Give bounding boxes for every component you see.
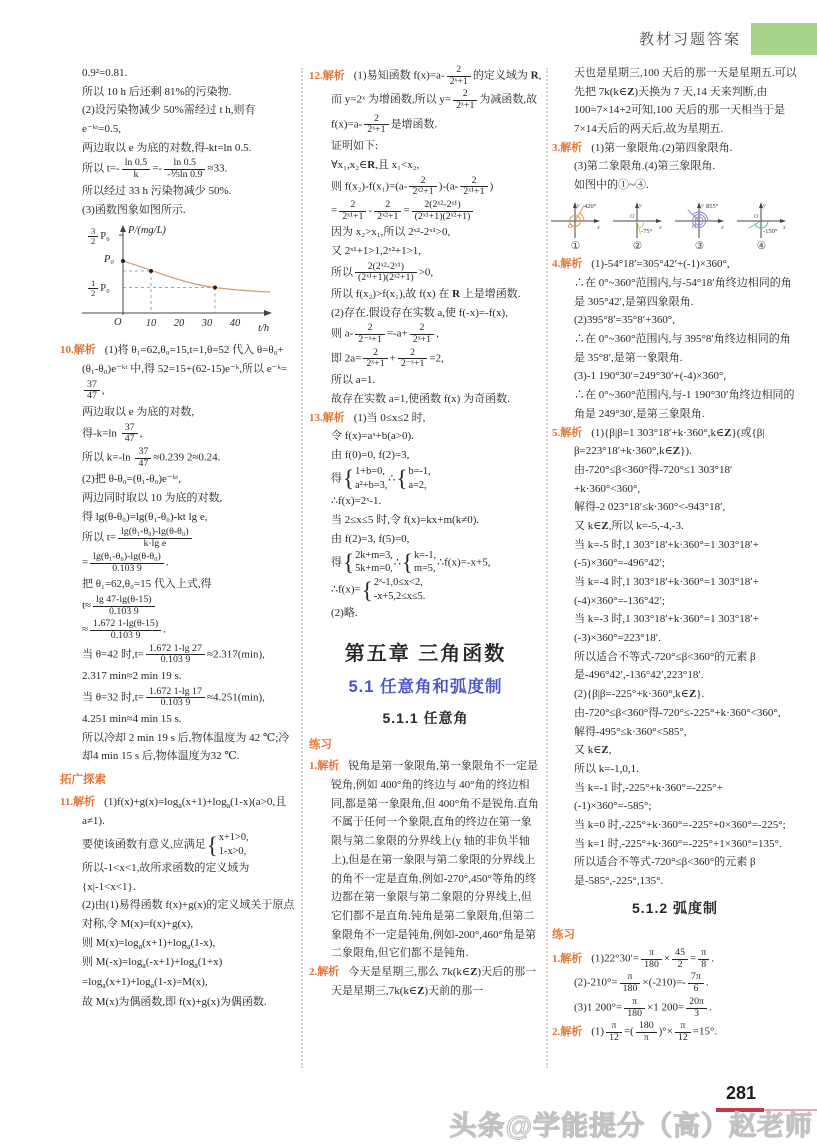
text-line: 当 k=-5 时,1 303°18′+k·360°=1 303°18′+(-5)… (574, 536, 798, 573)
text-line: (3)1 200°=π180×1 200=20π3. (574, 996, 798, 1020)
text-line: 解得-2 023°18′≤k·360°<-943°18′, (574, 498, 798, 517)
text-line: (2)由(1)易得函数 f(x)+g(x)的定义域关于原点对称,令 M(x)=f… (82, 896, 297, 933)
text-line: 如图中的①~④. (574, 176, 798, 195)
text-line: 所以2(2ˣ²-2ˣ¹)(2ˣ¹+1)(2ˣ²+1)>0, (331, 261, 542, 285)
text-line: 由-720°≤β<360°得-720°≤-225°+k·360°<360°, (574, 704, 798, 723)
text-line: 则 M(-x)=loga(-x+1)+loga(1+x) (82, 953, 297, 973)
angle-label: -75° (641, 228, 653, 235)
text-line: =22ˣ¹+1-22ˣ²+1=2(2ˣ²-2ˣ¹)(2ˣ¹+1)(2ˣ²+1) (331, 199, 542, 223)
text-line: t≈lg 47-lg(θ-15)0.103 9 (82, 594, 297, 618)
text-line: 又 2ˣ¹+1>1,2ˣ²+1>1, (331, 242, 542, 261)
answer-item: 12.解析(1)易知函数 f(x)=a-22ˣ+1的定义域为 R,而 y=2ˣ … (309, 64, 542, 409)
data-point (213, 286, 217, 290)
item-number: 11. (60, 796, 73, 808)
text-line: 2.317 min≈2 min 19 s. (82, 667, 297, 686)
item-number: 4. (552, 258, 560, 270)
text-line: 得{1+b=0,a²+b=3,∴{b=-1,a=2, (331, 465, 542, 493)
answer-item: 10.解析(1)将 θ₁=62,θ₀=15,t=1,θ=52 代入 θ=θ₀+(… (60, 341, 297, 766)
paragraph: 0.9²=0.81. (60, 64, 297, 83)
svg-text:y: y (638, 203, 642, 209)
data-point (121, 259, 125, 263)
text-line: 所以 t=lg(θ₁-θ₀)-lg(θ-θ₀)k·lg e (82, 526, 297, 550)
angle-label: 420° (584, 203, 597, 210)
item-number: 2. (552, 1026, 560, 1038)
x-tick-label: 40 (230, 318, 241, 329)
y-axis-arrow-icon (120, 225, 126, 232)
data-point (149, 269, 153, 273)
page-number: 281 (718, 1083, 764, 1104)
watermark: 头条@学能提分（高）赵老师 (450, 1104, 813, 1143)
paragraph: 两边取以 e 为底的对数,得-kt=ln 0.5. (60, 139, 297, 158)
answer-item: 2.解析(1)π12=(180π)°×π12=15°. (552, 1020, 798, 1044)
item-tag: 解析 (323, 70, 345, 82)
y-tick-label: P₀ (104, 254, 114, 266)
item-number: 12. (309, 70, 323, 82)
paragraph: 所以 t=-ln 0.5k=-ln 0.5-⅕ln 0.9≈33. (60, 157, 297, 181)
text-line: 则 f(x₂)-f(x₁)=(a-22ˣ²+1)-(a-22ˣ¹+1) (331, 175, 542, 199)
text-line: 令 f(x)=aˣ+b(a>0). (331, 427, 542, 446)
item-number: 1. (309, 760, 317, 772)
text-line: ∴在 0°~360°范围内,与 395°8′角终边相同的角是 35°8′,是第一… (574, 330, 798, 367)
x-tick-label: 30 (201, 318, 213, 329)
text-line: (2){β|β=-225°+k·360°,k∈Z}. (574, 685, 798, 704)
angle-panel-4: y x O -150° ④ (732, 198, 791, 253)
item-number: 2. (309, 966, 317, 978)
svg-text:O: O (754, 214, 759, 220)
answer-item: 1.解析锐角是第一象限角,第一象限角不一定是锐角,例如 400°角的终边与 40… (309, 757, 542, 963)
item-number: 13. (309, 412, 323, 424)
x-axis-label: t/h (258, 323, 269, 334)
text-line: ≈1.672 1-lg(θ-15)0.103 9. (82, 618, 297, 642)
item-tag: 解析 (560, 142, 582, 154)
angle-label: -150° (763, 228, 778, 235)
column-2: 12.解析(1)易知函数 f(x)=a-22ˣ+1的定义域为 R,而 y=2ˣ … (309, 64, 542, 1000)
svg-text:O: O (630, 214, 635, 220)
answer-item: 11.解析(1)f(x)+g(x)=loga(x+1)+loga(1-x)(a>… (60, 793, 297, 1012)
text-line: 2.解析今天是星期三,那么 7k(k∈Z)天后的那一天是星期三,7k(k∈Z)天… (331, 963, 542, 1000)
angle-panel-1: y x O 420° ① (546, 198, 605, 253)
answer-item: 2.解析今天是星期三,那么 7k(k∈Z)天后的那一天是星期三,7k(k∈Z)天… (309, 963, 542, 1000)
text-line: 所以 k=-1,0,1. (574, 760, 798, 779)
panel-number: ③ (670, 241, 729, 253)
paragraph: (2)设污染物减少 50%需经过 t h,则有 e⁻ᵏᵗ=0.5, (60, 101, 297, 138)
y-tick-label: 32P₀ (86, 226, 110, 248)
heading: 5.1.1 任意角 (309, 707, 542, 731)
text-line: 所以适合不等式-720°≤β<360°的元素 β 是-585°,-225°,13… (574, 853, 798, 890)
text-line: (2)-210°=π180×(-210)=-7π6. (574, 971, 798, 995)
item-tag: 解析 (317, 966, 339, 978)
answer-item: 3.解析(1)第一象限角.(2)第四象限角.(3)第二象限角.(4)第三象限角.… (552, 139, 798, 195)
y-axis-label: P/(mg/L) (127, 225, 166, 236)
text-line: 4.解析(1)-54°18′=305°42′+(-1)×360°, (574, 255, 798, 274)
text-line: 故 M(x)为偶函数,即 f(x)+g(x)为偶函数. (82, 993, 297, 1012)
svg-text:x: x (782, 225, 786, 231)
panel-number: ④ (732, 241, 791, 253)
text-line: 要使该函数有意义,应满足{x+1>0,1-x>0, (82, 831, 297, 859)
item-number: 3. (552, 142, 560, 154)
item-tag: 解析 (560, 1026, 582, 1038)
text-line: ∴f(x)={2ˣ-1,0≤x<2,-x+5,2≤x≤5. (331, 576, 542, 604)
heading: 5.1.2 弧度制 (552, 897, 798, 921)
page-header-title: 教材习题答案 (0, 28, 741, 49)
text-line: (2)略. (331, 604, 542, 623)
text-line: (2)把 θ-θ₀=(θ₁-θ₀)e⁻ᵏᵗ, (82, 470, 297, 489)
text-line: 所以 f(x₂)>f(x₁),故 f(x) 在 R 上是增函数. (331, 285, 542, 304)
text-line: 又 k∈Z,所以 k=-5,-4,-3. (574, 517, 798, 536)
svg-text:y: y (762, 203, 766, 209)
section-label: 拓广探索 (60, 771, 297, 791)
text-line: 当 k=0 时,-225°+k·360°=-225°+0×360°=-225°; (574, 816, 798, 835)
paragraph: 所以经过 33 h 污染物减少 50%. (60, 182, 297, 201)
figure-angle-diagrams: y x O 420° ① y x (546, 198, 798, 253)
item-tag: 解析 (317, 760, 339, 772)
text-line: 当 2≤x≤5 时,令 f(x)=kx+m(k≠0). (331, 511, 542, 530)
item-tag: 解析 (74, 344, 96, 356)
y-tick-label: 12P₀ (86, 278, 110, 300)
paragraph: 天也是星期三,100 天后的那一天是星期五.可以先把 7k(k∈Z)天换为 7 … (552, 64, 798, 139)
text-line: 所以 k=-ln 3747≈0.239 2≈0.24. (82, 446, 297, 470)
text-line: 所以适合不等式-720°≤β<360°的元素 β 是-496°42′,-136°… (574, 648, 798, 685)
item-tag: 解析 (560, 258, 582, 270)
text-line: 1.解析锐角是第一象限角,第一象限角不一定是锐角,例如 400°角的终边与 40… (331, 757, 542, 963)
text-line: 两边同时取以 10 为底的对数, (82, 489, 297, 508)
text-line: 由 f(2)=3, f(5)=0, (331, 530, 542, 549)
text-line: 5.解析(1){β|β=1 303°18′+k·360°,k∈Z}(或{β|β=… (574, 424, 798, 461)
text-line: (2)存在.假设存在实数 a,使 f(-x)=-f(x), (331, 304, 542, 323)
text-line: ∀x₁,x₂∈R,且 x₁<x₂, (331, 156, 542, 175)
text-line: 当 k=-1 时,-225°+k·360°=-225°+(-1)×360°=-5… (574, 779, 798, 816)
text-line: 证明如下: (331, 137, 542, 156)
item-tag: 解析 (73, 796, 95, 808)
answer-item: 13.解析(1)当 0≤x≤2 时,令 f(x)=aˣ+b(a>0).由 f(0… (309, 409, 542, 624)
item-tag: 解析 (560, 427, 582, 439)
text-line: ∴f(x)=2ˣ-1. (331, 492, 542, 511)
origin-label: O (114, 317, 122, 328)
text-line: 即 2a=22ˣ+1+22⁻ˣ+1=2, (331, 347, 542, 371)
text-line: (3)-1 190°30′=249°30′+(-4)×360°, (574, 367, 798, 386)
text-line: 当 k=1 时,-225°+k·360°=-225°+1×360°=135°. (574, 835, 798, 854)
text-line: 因为 x₂>x₁,所以 2ˣ²-2ˣ¹>0, (331, 223, 542, 242)
text-line: 所以-1<x<1,故所求函数的定义域为{x|-1<x<1}. (82, 859, 297, 896)
x-tick-label: 20 (174, 318, 185, 329)
svg-text:y: y (700, 203, 704, 209)
item-tag: 解析 (560, 953, 582, 965)
text-line: 把 θ₁=62,θ₀=15 代入上式,得 (82, 575, 297, 594)
text-line: 所以 a=1. (331, 371, 542, 390)
book-page: 教材习题答案 0.9²=0.81.所以 10 h 后还剩 81%的污染物.(2)… (0, 0, 817, 1146)
angle-panel-2: y x O -75° ② (608, 198, 667, 253)
item-number: 10. (60, 344, 74, 356)
text-line: 所以冷却 2 min 19 s 后,物体温度为 42 ℃;冷却4 min 15 … (82, 729, 297, 766)
text-line: 故存在实数 a=1,使函数 f(x) 为奇函数. (331, 390, 542, 409)
answer-item: 4.解析(1)-54°18′=305°42′+(-1)×360°,∴在 0°~3… (552, 255, 798, 423)
text-line: 解得-495°≤k·360°<585°, (574, 723, 798, 742)
text-line: 1.解析(1)22°30′=π180×452=π8. (574, 947, 798, 971)
svg-text:x: x (596, 225, 600, 231)
text-line: 则 M(x)=loga(x+1)+loga(1-x), (82, 934, 297, 954)
angle-arc (687, 210, 707, 228)
svg-text:x: x (658, 225, 662, 231)
text-line: 13.解析(1)当 0≤x≤2 时, (331, 409, 542, 428)
text-line: 两边取以 e 为底的对数, (82, 403, 297, 422)
text-line: 得{2k+m=3,5k+m=0,∴{k=-1,m=5,∴f(x)=-x+5, (331, 549, 542, 577)
answer-item: 1.解析(1)22°30′=π180×452=π8.(2)-210°=π180×… (552, 947, 798, 1020)
section-label: 练习 (552, 926, 798, 946)
text-line: 2.解析(1)π12=(180π)°×π12=15°. (574, 1020, 798, 1044)
text-line: 得 lg(θ-θ₀)=lg(θ₁-θ₀)-kt lg e, (82, 508, 297, 527)
text-line: 11.解析(1)f(x)+g(x)=loga(x+1)+loga(1-x)(a>… (82, 793, 297, 831)
x-axis-arrow-icon (264, 310, 272, 316)
angle-arc (748, 221, 767, 228)
text-line: 3.解析(1)第一象限角.(2)第四象限角. (574, 139, 798, 158)
text-line: 由-720°≤β<360°得-720°≤1 303°18′+k·360°<360… (574, 461, 798, 498)
text-line: 12.解析(1)易知函数 f(x)=a-22ˣ+1的定义域为 R,而 y=2ˣ … (331, 64, 542, 137)
text-line: 当 k=-4 时,1 303°18′+k·360°=1 303°18′+(-4)… (574, 573, 798, 610)
column-3: 天也是星期三,100 天后的那一天是星期五.可以先把 7k(k∈Z)天换为 7 … (552, 64, 798, 1045)
text-line: =loga(x+1)+loga(1-x)=M(x), (82, 973, 297, 993)
item-tag: 解析 (323, 412, 345, 424)
column-1: 0.9²=0.81.所以 10 h 后还剩 81%的污染物.(2)设污染物减少 … (60, 64, 297, 1011)
text-line: 得-k=ln 3747, (82, 422, 297, 446)
angle-label: 855° (706, 203, 719, 210)
text-line: 10.解析(1)将 θ₁=62,θ₀=15,t=1,θ=52 代入 θ=θ₀+(… (82, 341, 297, 403)
text-line: 则 a-22⁻ˣ+1=-a+22ˣ+1, (331, 322, 542, 346)
section-label: 练习 (309, 736, 542, 756)
heading: 5.1 任意角和弧度制 (309, 673, 542, 701)
text-line: (3)第二象限角.(4)第三象限角. (574, 157, 798, 176)
text-line: 当 θ=42 时,t=1.672 1-lg 270.103 9≈2.317(mi… (82, 643, 297, 667)
paragraph: 所以 10 h 后还剩 81%的污染物. (60, 83, 297, 102)
angle-panel-3: y x O 855° ③ (670, 198, 729, 253)
text-line: (2)395°8′=35°8′+360°, (574, 311, 798, 330)
text-line: 由 f(0)=0, f(2)=3, (331, 446, 542, 465)
figure-pollution-decay-chart: 10 20 30 40 O t/h P/(mg/L) 32P₀ P₀ 12P₀ (68, 221, 283, 339)
panel-number: ① (546, 241, 605, 253)
answer-item: 5.解析(1){β|β=1 303°18′+k·360°,k∈Z}(或{β|β=… (552, 424, 798, 891)
item-number: 5. (552, 427, 560, 439)
panel-number: ② (608, 241, 667, 253)
svg-text:x: x (720, 225, 724, 231)
svg-text:y: y (576, 203, 580, 209)
text-line: ∴在 0°~360°范围内,与-1 190°30′角终边相同的角是 249°30… (574, 386, 798, 423)
item-number: 1. (552, 953, 560, 965)
text-line: 4.251 min≈4 min 15 s. (82, 710, 297, 729)
text-line: 又 k∈Z, (574, 741, 798, 760)
text-line: 当 k=-3 时,1 303°18′+k·360°=1 303°18′+(-3)… (574, 610, 798, 647)
paragraph: (3)函数图象如图所示. (60, 201, 297, 220)
text-line: 当 θ=32 时,t=1.672 1-lg 170.103 9≈4.251(mi… (82, 686, 297, 710)
text-line: =lg(θ₁-θ₀)-lg(θ-θ₀)0.103 9. (82, 551, 297, 575)
column-separator (301, 68, 303, 1068)
text-line: ∴在 0°~360°范围内,与-54°18′角终边相同的角是 305°42′,是… (574, 274, 798, 311)
heading: 第五章 三角函数 (309, 637, 542, 671)
x-tick-label: 10 (146, 318, 157, 329)
corner-tab (751, 23, 817, 55)
